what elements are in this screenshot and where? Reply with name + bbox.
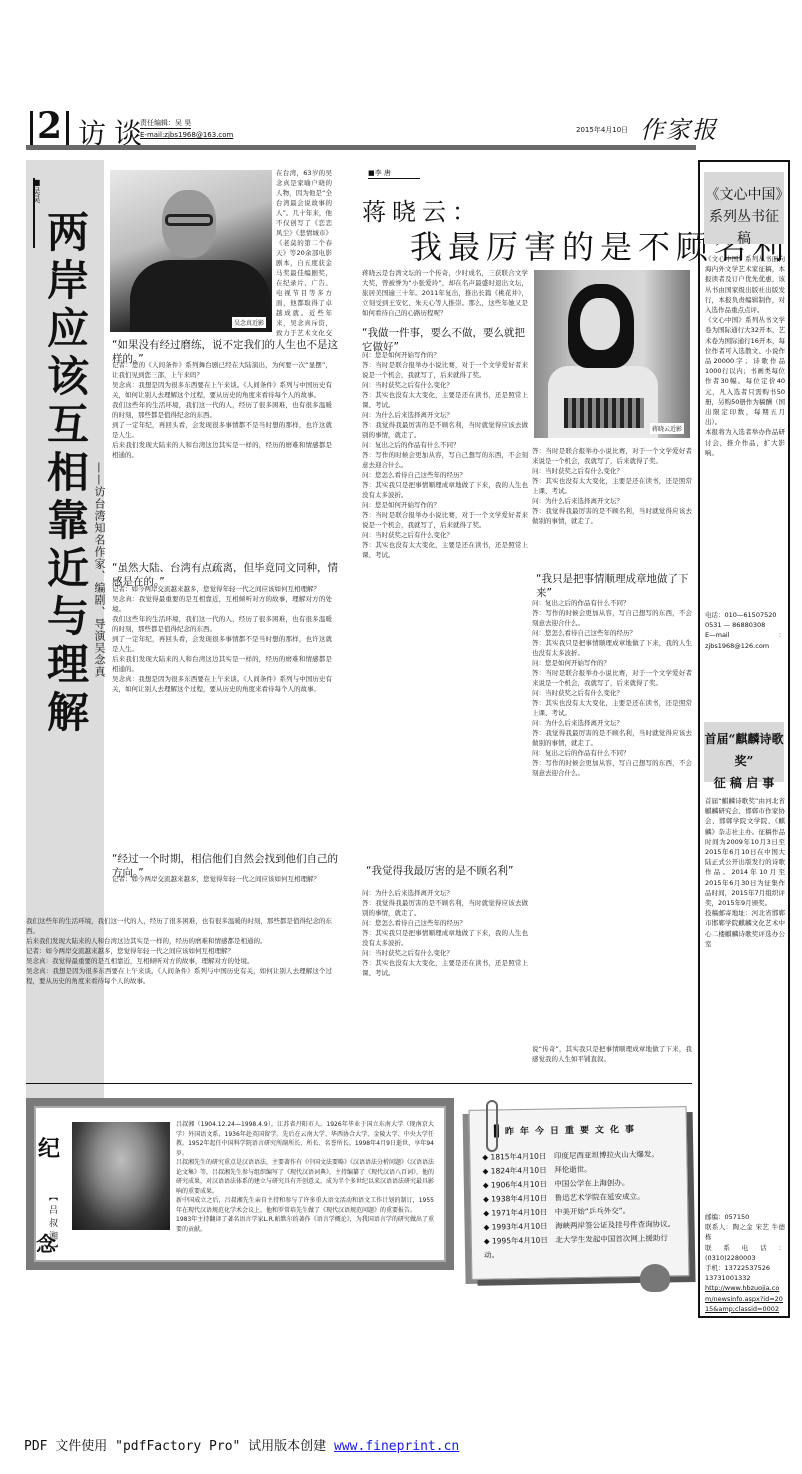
left-body-4: 我们这些年的生活环境，我们这一代的人，经历了很多困难，也有很多温暖的时刻，那些都…: [26, 916, 332, 1062]
left-subheadline: ——访台湾知名作家、编剧、导演吴念真: [92, 462, 106, 678]
memorial-label-bottom: 念: [36, 1228, 56, 1257]
photo-caption-2: 蒋晓云近影: [650, 423, 684, 434]
paperclip-icon: [486, 1100, 498, 1152]
left-body-1: 记者：您的《人间条件》系列舞台剧已经在大陆演出，为何要一次“显摆”，让我们见到您…: [112, 360, 332, 560]
heart-icon: [640, 1264, 670, 1292]
notice2-contact: 邮编：057150 联系人：陶之金 宋艺 牛德栋 联系电话：(0310)2280…: [705, 1212, 785, 1314]
notice2-url[interactable]: http://www.hbzuojia.com/newsinfo.aspx?id…: [705, 1283, 785, 1314]
paper-logo: 作家报: [640, 110, 718, 145]
pdf-footer: PDF 文件使用 "pdfFactory Pro" 试用版本创建 www.fin…: [24, 1435, 459, 1454]
notice2-body: 首届“麒麟诗歌奖”由河北省麒麟研究会、邯郸市作家协会、邯郸学院文学院、《麒麟》杂…: [705, 796, 785, 1206]
center-closing: 说“传奇”，其实我只是把事情顺理成章地做了下来，我感觉我的人生如平铺直叙。: [532, 1044, 692, 1070]
page-number: 2: [26, 104, 73, 148]
fineprint-link[interactable]: www.fineprint.cn: [334, 1439, 459, 1454]
interviewee-photo-2: 蒋晓云近影: [534, 270, 690, 438]
sidebar-notices: 《文心中国》系列丛书征稿 《文心中国》系列丛书面向海内外文学艺术家征稿，本报读者…: [698, 160, 790, 1318]
history-title: 昨年今日重要文化事: [494, 1122, 640, 1138]
left-intro: 在台湾，63岁的吴念真是家喻户晓的人物，因为他是“全台湾最会说故事的人”。几十年…: [276, 168, 332, 338]
history-item: ◆ 1995年4月10日 北大学生发起中国首次网上援助行动。: [484, 1231, 680, 1262]
left-body-3: 记者：如今两岸交流越来越多，您觉得年轻一代之间应该如何互相理解？: [112, 874, 332, 914]
center-body-1: 问：您是如何开始写作的？答：当时是联合报举办小说比赛，对于一个文学爱好者来说是一…: [362, 350, 528, 808]
history-list: ◆ 1815年4月10日 印度尼西亚坦博拉火山大爆发。 ◆ 1824年4月10日…: [482, 1147, 680, 1262]
center-body-2: 答：当时是联合报举办小说比赛，对于一个文学爱好者来说是一个机会，我就写了，后来就…: [532, 446, 692, 538]
left-headline: 两岸应该互相靠近与理解: [50, 210, 94, 738]
memorial-label-top: 纪: [38, 1132, 60, 1163]
editor-line: 责任编辑：吴 昊: [140, 118, 191, 129]
notice2-title: 首届“麒麟诗歌奖” 征 稿 启 事: [704, 722, 784, 782]
notice1-body: 《文心中国》系列丛书面向海内外文学艺术家征稿，本报读者及订户优先优惠，该丛书由国…: [705, 254, 785, 604]
center-byline: ■李 唐: [368, 168, 420, 179]
notice1-contact: 电话：010—61507520 0531 — 86880308 E—mail：z…: [705, 610, 785, 651]
photo-caption: 吴念真近影: [232, 317, 266, 328]
issue-date: 2015年4月10日: [576, 125, 628, 135]
notice1-title: 《文心中国》系列丛书征稿: [704, 172, 784, 244]
history-card: 昨年今日重要文化事 ◆ 1815年4月10日 印度尼西亚坦博拉火山大爆发。 ◆ …: [469, 1106, 690, 1280]
left-body-2: 记者：如今两岸交流越来越多，您觉得年轻一代之间应该如何互相理解？吴念真：我觉得最…: [112, 584, 332, 850]
center-intro: 蒋晓云是台湾文坛的一个传奇，少时成名，三获联合文学大奖，曾被誉为“小张爱玲”，却…: [362, 268, 528, 318]
memorial-bio: 吕叔湘（1904.12.24—1998.4.9），江苏省丹阳市人。1926年毕业…: [176, 1120, 434, 1260]
email-line: E-mail:zjbs1968@163.com: [140, 130, 233, 140]
center-body-3: 问：复出之后的作品有什么不同？答：写作的时候会更加从容，写自己想写的东西，不会刻…: [532, 598, 692, 1038]
interviewee-photo: 吴念真近影: [110, 170, 272, 332]
memorial-portrait: [72, 1122, 170, 1230]
center-subhead-3: “我觉得我最厉害的是不顾名利”: [366, 864, 536, 878]
section-divider: [26, 1083, 692, 1084]
masthead-rule: [26, 145, 696, 150]
center-body-4: 问：为什么后来选择离开文坛？答：我觉得我最厉害的是不顾名利，当时就觉得应该去做别…: [362, 888, 528, 1064]
center-subhead-2: “我只是把事情顺理成章地做了下来”: [536, 572, 696, 600]
